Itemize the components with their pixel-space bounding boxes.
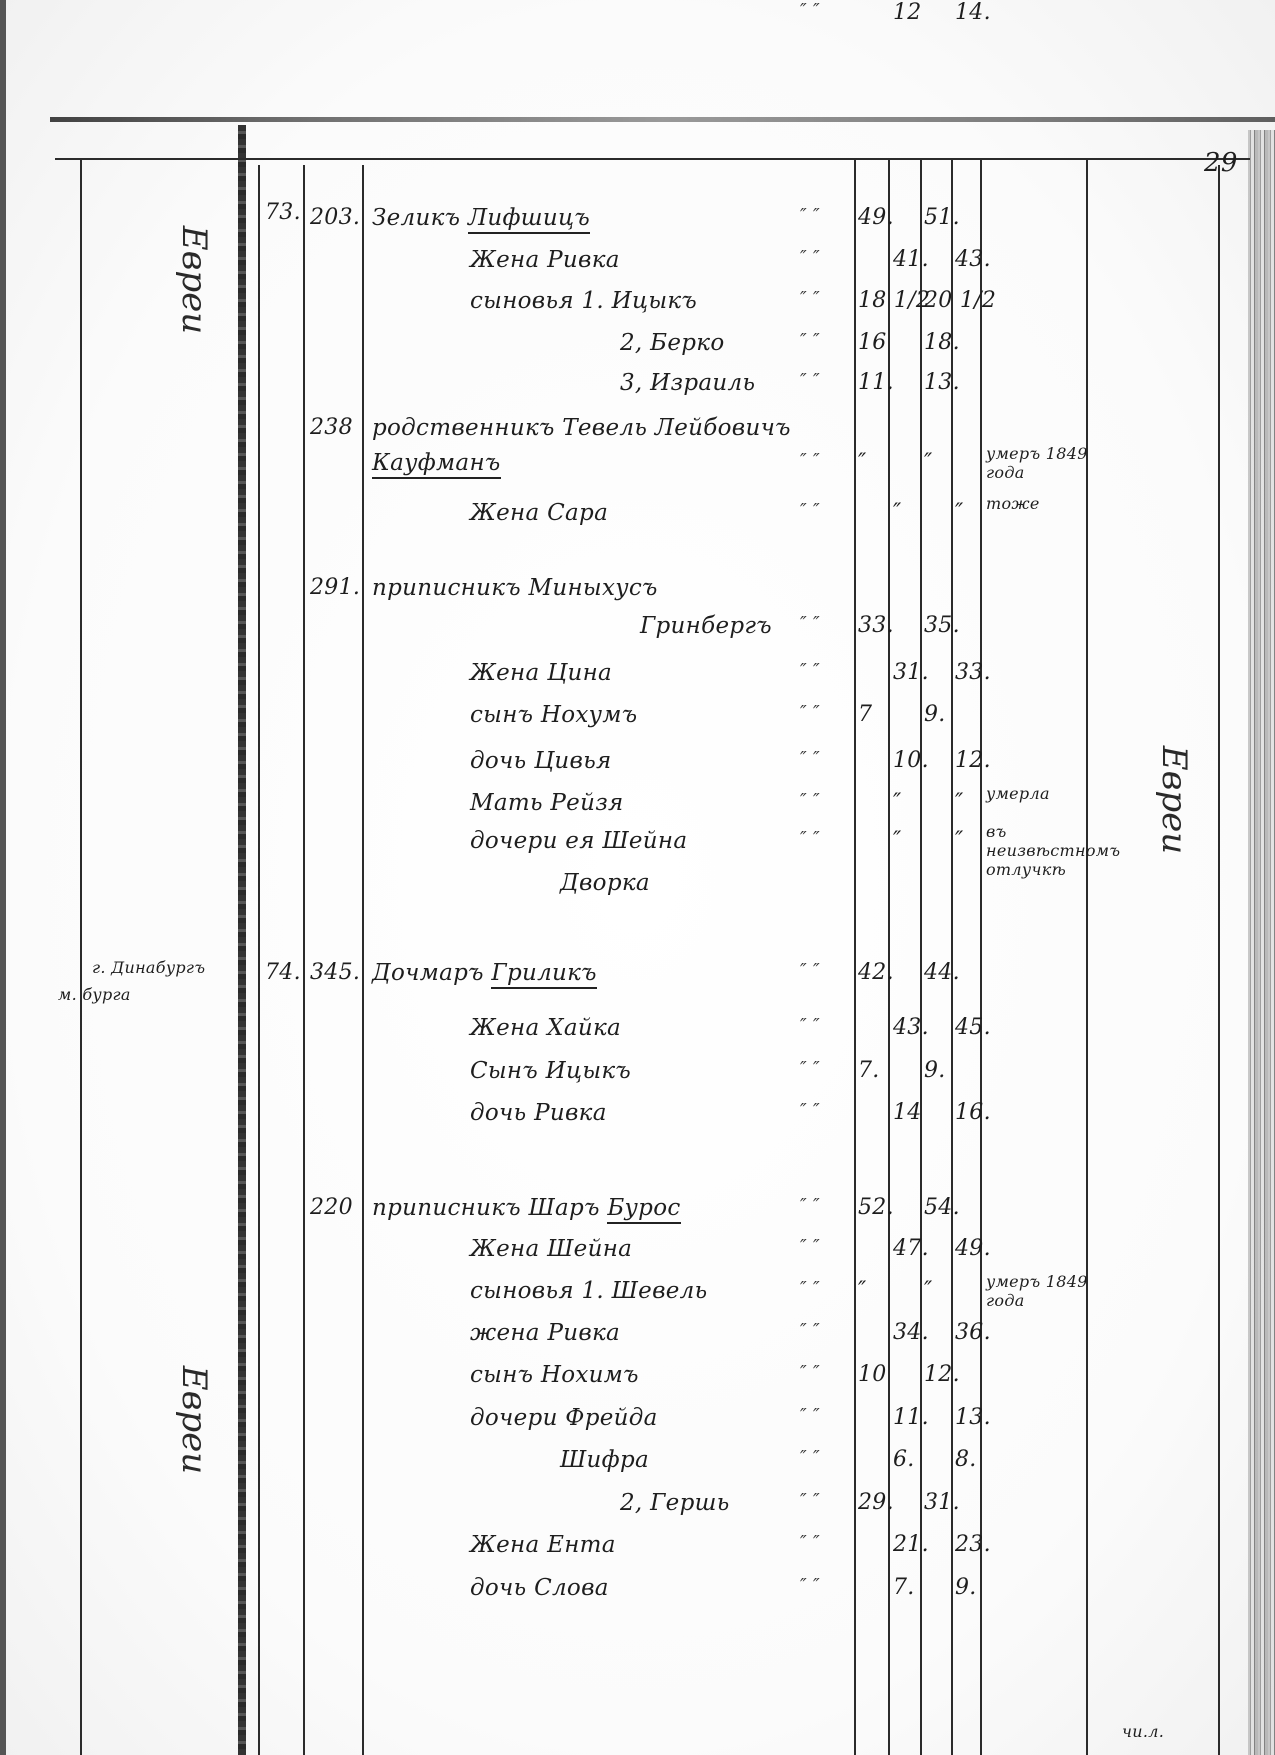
relation-label: дочь bbox=[470, 748, 534, 774]
column-rule-notes bbox=[980, 160, 982, 1755]
ditto-marks: ″ ″ bbox=[800, 748, 820, 769]
given-name: Дочмаръ bbox=[372, 960, 484, 986]
ditto-marks: ″ ″ bbox=[800, 288, 820, 309]
age-previous-revision: 6. bbox=[893, 1447, 915, 1472]
person-name: сыновья 1. Ицыкъ bbox=[470, 288, 697, 314]
margin-note-line1: г. Динабургъ bbox=[92, 958, 205, 977]
person-name: родственникъ Тевель Лейбовичъ bbox=[372, 415, 791, 441]
person-name: приписникъ Миныхусъ bbox=[372, 575, 658, 601]
relation-label: Мать bbox=[470, 790, 550, 816]
relation-label: дочери ея bbox=[470, 828, 602, 854]
column-rule-name bbox=[362, 165, 364, 1755]
house-number: 73. bbox=[265, 200, 301, 225]
relation-label: Жена bbox=[470, 1015, 547, 1041]
ditto-marks: ″ ″ bbox=[800, 330, 820, 351]
relation-label: жена bbox=[470, 1320, 547, 1346]
column-rule-age-curr bbox=[920, 160, 922, 1755]
age-current-revision: 51. bbox=[924, 205, 960, 230]
age-previous-revision: 49. bbox=[858, 205, 894, 230]
surname: Гринбергъ bbox=[640, 613, 772, 640]
age-previous-revision: 41. bbox=[893, 247, 929, 272]
age-previous-revision: 12 bbox=[893, 0, 922, 25]
age-current-revision: 49. bbox=[955, 1236, 991, 1261]
scan-edge bbox=[0, 0, 6, 1755]
house-number: 74. bbox=[265, 960, 301, 985]
given-name: Сара bbox=[547, 500, 608, 526]
person-name: дочери Фрейда bbox=[470, 1405, 658, 1431]
right-footer-note: чи.л. bbox=[1122, 1722, 1164, 1741]
given-name: Ента bbox=[547, 1532, 616, 1558]
age-previous-revision: 33. bbox=[858, 613, 894, 638]
age-previous-revision: 11. bbox=[858, 370, 894, 395]
relation-label: Жена bbox=[470, 1532, 547, 1558]
age-current-revision: 35. bbox=[924, 613, 960, 638]
age-previous-revision: 16 bbox=[858, 330, 887, 355]
age-previous-revision: 7. bbox=[858, 1058, 880, 1083]
person-name: Дочмаръ Гриликъ bbox=[372, 960, 597, 986]
person-name: жена Ривка bbox=[470, 1320, 620, 1346]
right-margin-heading: Евреи bbox=[1154, 746, 1194, 854]
column-rule-ditto1 bbox=[888, 160, 890, 1755]
ditto-marks: ″ ″ bbox=[800, 613, 820, 634]
age-current-revision: 13. bbox=[955, 1405, 991, 1430]
given-name: Шевель bbox=[612, 1278, 708, 1304]
page-number: 29 bbox=[1204, 148, 1238, 178]
age-previous-revision: ″ bbox=[858, 450, 867, 475]
age-previous-revision: 11. bbox=[893, 1405, 929, 1430]
given-name: Нохумъ bbox=[541, 702, 637, 728]
person-name: Дворка bbox=[560, 870, 650, 896]
age-current-revision: 23. bbox=[955, 1532, 991, 1557]
relation-label: сынъ bbox=[470, 702, 541, 728]
age-current-revision: 20 1/2 bbox=[924, 288, 996, 313]
person-name: дочь Ривка bbox=[470, 1100, 607, 1126]
registration-number: 291. bbox=[310, 575, 360, 600]
ditto-marks: ″ ″ bbox=[800, 828, 820, 849]
surname: Бурос bbox=[607, 1195, 680, 1224]
column-rule-right-margin bbox=[1086, 160, 1088, 1755]
ditto-marks: ″ ″ bbox=[800, 1320, 820, 1341]
relation-label: сынъ bbox=[470, 1362, 541, 1388]
given-name: Зеликъ bbox=[372, 205, 460, 231]
person-name: 3, Израиль bbox=[620, 370, 755, 396]
age-previous-revision: 52. bbox=[858, 1195, 894, 1220]
relation-label: 3, bbox=[620, 370, 650, 396]
given-name: Гершь bbox=[650, 1490, 729, 1516]
age-previous-revision: 47. bbox=[893, 1236, 929, 1261]
age-current-revision: 12. bbox=[924, 1362, 960, 1387]
relation-label: Жена bbox=[470, 500, 547, 526]
age-previous-revision: 7 bbox=[858, 702, 872, 727]
remark-note: тоже bbox=[986, 494, 1106, 513]
margin-note-line2: м. бурга bbox=[58, 985, 131, 1004]
ditto-marks: ″ ″ bbox=[800, 960, 820, 981]
age-current-revision: ″ bbox=[955, 500, 964, 525]
age-current-revision: 54. bbox=[924, 1195, 960, 1220]
age-previous-revision: 14 bbox=[893, 1100, 922, 1125]
surname: Лифшицъ bbox=[468, 205, 590, 234]
age-current-revision: 33. bbox=[955, 660, 991, 685]
remark-note: умеръ 1849 года bbox=[986, 1272, 1106, 1310]
person-name: Зеликъ Лифшицъ bbox=[372, 205, 590, 231]
given-name: Шифра bbox=[560, 1447, 649, 1473]
column-rule-house bbox=[258, 165, 260, 1755]
age-previous-revision: 34. bbox=[893, 1320, 929, 1345]
age-previous-revision: 31. bbox=[893, 660, 929, 685]
age-previous-revision: ″ bbox=[893, 790, 902, 815]
given-name: Тевель Лейбовичъ bbox=[562, 415, 791, 441]
person-name: Жена Сара bbox=[470, 500, 608, 526]
remark-note: умерла bbox=[986, 784, 1106, 803]
person-name: сыновья 1. Шевель bbox=[470, 1278, 707, 1304]
given-name: Миныхусъ bbox=[529, 575, 658, 601]
ditto-marks: ″ ″ bbox=[800, 1236, 820, 1257]
margin-heading-top: Евреи bbox=[174, 226, 214, 334]
person-name: дочь Слова bbox=[470, 1575, 609, 1601]
registration-number: 220 bbox=[310, 1195, 353, 1220]
person-name: сынъ Нохумъ bbox=[470, 702, 637, 728]
relation-label: дочь bbox=[470, 1575, 534, 1601]
remark-note: умеръ 1849 года bbox=[986, 444, 1106, 482]
relation-label: приписникъ bbox=[372, 575, 529, 601]
given-name: Шейна bbox=[602, 828, 687, 854]
person-name: приписникъ Шаръ Бурос bbox=[372, 1195, 681, 1221]
given-name: Рейзя bbox=[550, 790, 623, 816]
ditto-marks: ″ ″ bbox=[800, 1405, 820, 1426]
column-rule-age-prev bbox=[854, 160, 856, 1755]
surname: Кауфманъ bbox=[372, 450, 501, 479]
ditto-marks: ″ ″ bbox=[800, 1362, 820, 1383]
given-name: Ривка bbox=[534, 1100, 607, 1126]
ditto-marks: ″ ″ bbox=[800, 1058, 820, 1079]
margin-heading-bottom: Евреи bbox=[174, 1366, 214, 1474]
person-name: Жена Шейна bbox=[470, 1236, 632, 1262]
registration-number: 345. bbox=[310, 960, 360, 985]
age-current-revision: 9. bbox=[924, 1058, 946, 1083]
given-name: Шейна bbox=[547, 1236, 632, 1262]
ditto-marks: ″ ″ bbox=[800, 1447, 820, 1468]
ditto-marks: ″ ″ bbox=[800, 205, 820, 226]
age-previous-revision: 43. bbox=[893, 1015, 929, 1040]
age-previous-revision: 29. bbox=[858, 1490, 894, 1515]
book-spine bbox=[238, 125, 246, 1755]
person-name: Жена Ривка bbox=[470, 247, 620, 273]
ditto-marks: ″ ″ bbox=[800, 660, 820, 681]
header-rule bbox=[55, 158, 1250, 160]
ditto-marks: ″ ″ bbox=[800, 1015, 820, 1036]
relation-label: Жена bbox=[470, 1236, 547, 1262]
person-name: Мать Рейзя bbox=[470, 790, 624, 816]
surname: Гриликъ bbox=[491, 960, 596, 989]
age-current-revision: ″ bbox=[924, 450, 933, 475]
column-rule-ditto2 bbox=[951, 160, 953, 1755]
given-name: Цина bbox=[547, 660, 612, 686]
ditto-marks: ″ ″ bbox=[800, 1278, 820, 1299]
registration-number: 238 bbox=[310, 415, 353, 440]
ditto-marks: ″ ″ bbox=[800, 790, 820, 811]
age-current-revision: ″ bbox=[955, 790, 964, 815]
ditto-marks: ″ ″ bbox=[800, 0, 820, 21]
age-previous-revision: ″ bbox=[893, 828, 902, 853]
given-name: Хайка bbox=[547, 1015, 621, 1041]
age-previous-revision: 10 bbox=[858, 1362, 887, 1387]
person-name: Жена Хайка bbox=[470, 1015, 621, 1041]
age-current-revision: 9. bbox=[924, 702, 946, 727]
census-page: 29 Евреи Евреи г. Динабургъ м. бурга Евр… bbox=[0, 0, 1275, 1755]
given-name: Берко bbox=[650, 330, 724, 356]
age-previous-revision: 42. bbox=[858, 960, 894, 985]
ditto-marks: ″ ″ bbox=[800, 702, 820, 723]
book-top-edge bbox=[50, 117, 1275, 122]
relation-label: 2, bbox=[620, 330, 650, 356]
person-name: 2, Берко bbox=[620, 330, 724, 356]
relation-label: сыновья 1. bbox=[470, 1278, 612, 1304]
age-previous-revision: ″ bbox=[858, 1278, 867, 1303]
relation-label: Жена bbox=[470, 247, 547, 273]
given-name: Цивья bbox=[534, 748, 612, 774]
ditto-marks: ″ ″ bbox=[800, 1100, 820, 1121]
age-current-revision: 13. bbox=[924, 370, 960, 395]
person-name: Шифра bbox=[560, 1447, 649, 1473]
age-current-revision: ″ bbox=[955, 828, 964, 853]
ditto-marks: ″ ″ bbox=[800, 1532, 820, 1553]
age-previous-revision: 21. bbox=[893, 1532, 929, 1557]
given-name: Израиль bbox=[650, 370, 755, 396]
relation-label: Жена bbox=[470, 660, 547, 686]
ditto-marks: ″ ″ bbox=[800, 450, 820, 471]
age-previous-revision: 7. bbox=[893, 1575, 915, 1600]
age-current-revision: 43. bbox=[955, 247, 991, 272]
relation-label: Сынъ bbox=[470, 1058, 546, 1084]
age-current-revision: 9. bbox=[955, 1575, 977, 1600]
given-name: Ривка bbox=[547, 1320, 620, 1346]
page-edge-right bbox=[1248, 130, 1275, 1755]
registration-number: 203. bbox=[310, 205, 360, 230]
age-previous-revision: 10. bbox=[893, 748, 929, 773]
given-name: Дворка bbox=[560, 870, 650, 896]
relation-label: дочь bbox=[470, 1100, 534, 1126]
given-name: Ицыкъ bbox=[546, 1058, 631, 1084]
person-name: Жена Цина bbox=[470, 660, 612, 686]
relation-label: родственникъ bbox=[372, 415, 562, 441]
ditto-marks: ″ ″ bbox=[800, 1195, 820, 1216]
age-current-revision: 36. bbox=[955, 1320, 991, 1345]
person-name: сынъ Нохимъ bbox=[470, 1362, 639, 1388]
given-name: Ицыкъ bbox=[612, 288, 697, 314]
column-rule-outer bbox=[1218, 165, 1220, 1755]
given-name: Нохимъ bbox=[541, 1362, 639, 1388]
person-name: дочь Цивья bbox=[470, 748, 612, 774]
age-current-revision: 45. bbox=[955, 1015, 991, 1040]
ditto-marks: ″ ″ bbox=[800, 1490, 820, 1511]
surname-line: Кауфманъ bbox=[372, 450, 501, 476]
age-current-revision: 14. bbox=[955, 0, 991, 25]
surname-line: Гринбергъ bbox=[640, 613, 772, 639]
person-name: Сынъ Ицыкъ bbox=[470, 1058, 631, 1084]
given-name: Ривка bbox=[547, 247, 620, 273]
given-name: Слова bbox=[534, 1575, 609, 1601]
ditto-marks: ″ ″ bbox=[800, 370, 820, 391]
ditto-marks: ″ ″ bbox=[800, 500, 820, 521]
age-previous-revision: ″ bbox=[893, 500, 902, 525]
person-name: 2, Гершь bbox=[620, 1490, 730, 1516]
age-current-revision: 8. bbox=[955, 1447, 977, 1472]
age-current-revision: ″ bbox=[924, 1278, 933, 1303]
ditto-marks: ″ ″ bbox=[800, 247, 820, 268]
age-previous-revision: 18 1/2 bbox=[858, 288, 930, 313]
given-name: Шаръ bbox=[529, 1195, 600, 1221]
ditto-marks: ″ ″ bbox=[800, 1575, 820, 1596]
relation-label: дочери bbox=[470, 1405, 565, 1431]
age-current-revision: 16. bbox=[955, 1100, 991, 1125]
age-current-revision: 44. bbox=[924, 960, 960, 985]
relation-label: приписникъ bbox=[372, 1195, 529, 1221]
person-name: Жена Ента bbox=[470, 1532, 616, 1558]
relation-label: сыновья 1. bbox=[470, 288, 612, 314]
column-rule-regno bbox=[303, 165, 305, 1755]
age-current-revision: 18. bbox=[924, 330, 960, 355]
person-name: дочери ея Шейна bbox=[470, 828, 687, 854]
relation-label: 2, bbox=[620, 1490, 650, 1516]
given-name: Фрейда bbox=[565, 1405, 657, 1431]
margin-rule-left bbox=[80, 158, 82, 1755]
age-current-revision: 12. bbox=[955, 748, 991, 773]
remark-note: въ неизвѣстномъ отлучкѣ bbox=[986, 822, 1106, 879]
age-current-revision: 31. bbox=[924, 1490, 960, 1515]
